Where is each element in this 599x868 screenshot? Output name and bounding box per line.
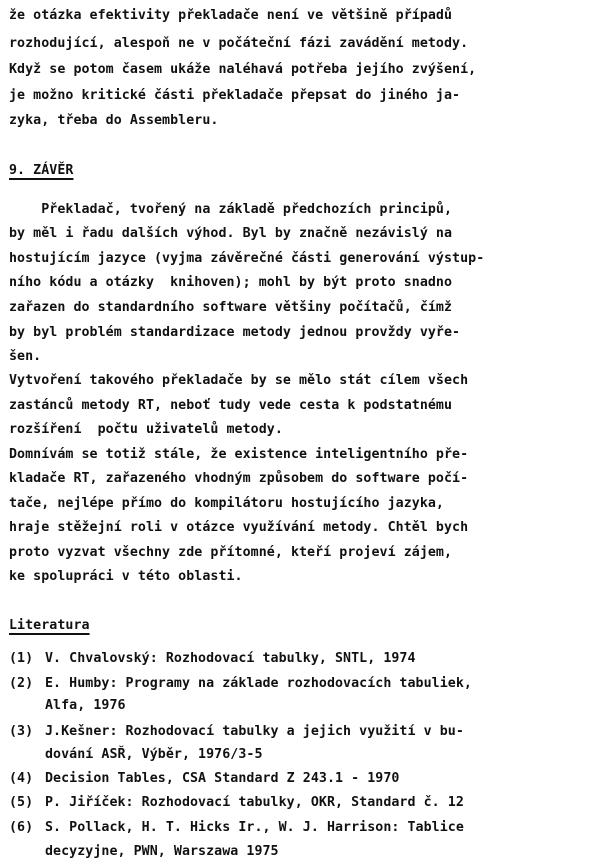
text-line: hraje stěžejní roli v otázce využívání m… (9, 520, 468, 536)
reference-number: (3) (9, 724, 45, 740)
reference-number: (2) (9, 676, 45, 692)
text-line: proto vyzvat všechny zde přítomné, kteří… (9, 545, 452, 561)
reference-text: P. Jiříček: Rozhodovací tabulky, OKR, St… (45, 795, 464, 810)
reference-number: (4) (9, 771, 45, 787)
reference-text: V. Chvalovský: Rozhodovací tabulky, SNTL… (45, 651, 416, 666)
text-line: Domnívám se totiž stále, že existence in… (9, 447, 468, 463)
reference-number: (6) (9, 820, 45, 836)
reference-text: Decision Tables, CSA Standard Z 243.1 - … (45, 771, 399, 786)
literature-heading: Literatura (9, 618, 90, 634)
text-line: zařazen do standardního software většiny… (9, 300, 452, 316)
text-line: Když se potom časem ukáže naléhavá potře… (9, 62, 476, 78)
text-line: by byl problém standardizace metody jedn… (9, 325, 460, 341)
text-line: zyka, třeba do Assembleru. (9, 113, 218, 129)
text-line: rozhodující, alespoň ne v počáteční fázi… (9, 36, 468, 52)
section-heading: 9. ZÁVĚR (9, 163, 73, 179)
text-line: by měl i řadu dalších výhod. Byl by znač… (9, 226, 452, 242)
reference-item: (4)Decision Tables, CSA Standard Z 243.1… (9, 771, 399, 787)
reference-text-continued: decyzyjne, PWN, Warszawa 1975 (45, 844, 279, 860)
reference-number: (1) (9, 651, 45, 667)
reference-text-continued: dování ASŘ, Výběr, 1976/3-5 (45, 747, 263, 763)
reference-item: (6)S. Pollack, H. T. Hicks Ir., W. J. Ha… (9, 820, 464, 836)
text-line: ního kódu a otázky knihoven); mohl by bý… (9, 275, 452, 291)
text-line: Vytvoření takového překladače by se mělo… (9, 373, 468, 389)
document-page: že otázka efektivity překladače není ve … (0, 0, 599, 868)
text-line: ke spolupráci v této oblasti. (9, 569, 243, 585)
text-line: Překladač, tvořený na základě předchozíc… (9, 202, 452, 218)
text-line: hostujícím jazyce (vyjma závěrečné části… (9, 251, 484, 267)
text-line: zastánců metody RT, neboť tudy vede cest… (9, 398, 452, 414)
text-line: je možno kritické části překladače přeps… (9, 88, 460, 104)
reference-item: (5)P. Jiříček: Rozhodovací tabulky, OKR,… (9, 795, 464, 811)
text-line: tače, nejlépe přímo do kompilátoru hostu… (9, 496, 444, 512)
reference-text-continued: Alfa, 1976 (45, 698, 126, 714)
reference-text: E. Humby: Programy na základe rozhodovac… (45, 676, 472, 691)
reference-item: (1)V. Chvalovský: Rozhodovací tabulky, S… (9, 651, 416, 667)
reference-number: (5) (9, 795, 45, 811)
text-line: kladače RT, zařazeného vhodným způsobem … (9, 471, 468, 487)
reference-item: (3)J.Kešner: Rozhodovací tabulky a jejic… (9, 724, 464, 740)
reference-item: (2)E. Humby: Programy na základe rozhodo… (9, 676, 472, 692)
reference-text: J.Kešner: Rozhodovací tabulky a jejich v… (45, 724, 464, 739)
text-line: rozšíření počtu uživatelů metody. (9, 422, 283, 438)
text-line: že otázka efektivity překladače není ve … (9, 8, 452, 24)
reference-text: S. Pollack, H. T. Hicks Ir., W. J. Harri… (45, 820, 464, 835)
text-line: šen. (9, 349, 41, 365)
